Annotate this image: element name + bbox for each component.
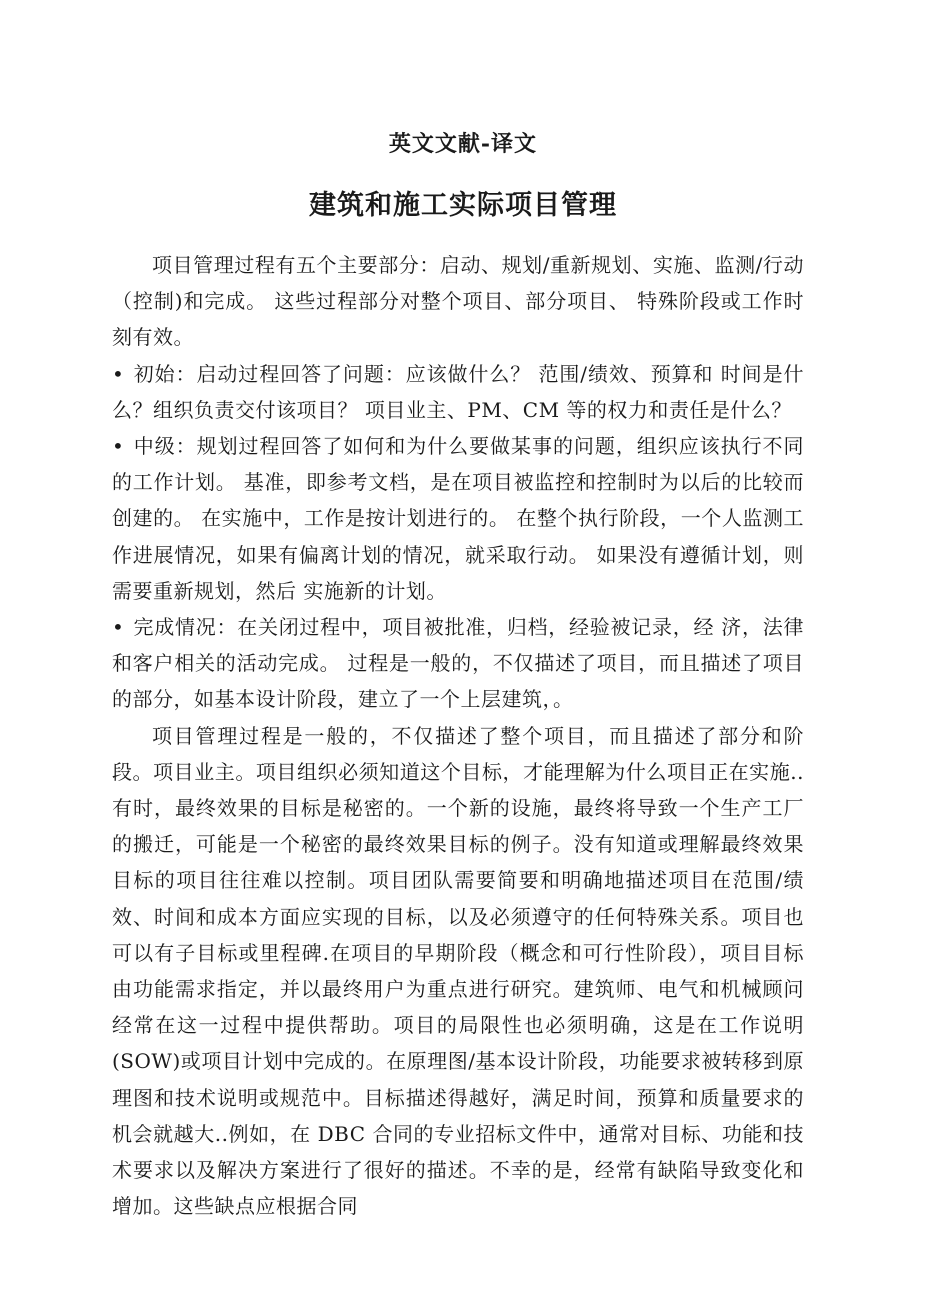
bullet-paragraph: •完成情况：在关闭过程中，项目被批准，归档，经验被记录，经 济，法律和客户相关的… xyxy=(112,609,804,718)
document-body: 项目管理过程有五个主要部分：启动、规划/重新规划、实施、监测/行动（控制)和完成… xyxy=(112,247,804,1224)
bullet-icon: • xyxy=(112,609,124,645)
bullet-paragraph: •初始：启动过程回答了问题：应该做什么？ 范围/绩效、预算和 时间是什么？组织负… xyxy=(112,356,804,428)
body-paragraph: 项目管理过程有五个主要部分：启动、规划/重新规划、实施、监测/行动（控制)和完成… xyxy=(112,247,804,356)
paragraph-text: 中级：规划过程回答了如何和为什么要做某事的问题，组织应该执行不同的工作计划。 基… xyxy=(112,434,804,603)
bullet-paragraph: •中级：规划过程回答了如何和为什么要做某事的问题，组织应该执行不同的工作计划。 … xyxy=(112,428,804,609)
paragraph-text: 项目管理过程是一般的，不仅描述了整个项目，而且描述了部分和阶段。项目业主。项目组… xyxy=(112,724,804,1219)
paragraph-text: 初始：启动过程回答了问题：应该做什么？ 范围/绩效、预算和 时间是什么？组织负责… xyxy=(112,362,804,422)
document-page: 英文文献-译文 建筑和施工实际项目管理 项目管理过程有五个主要部分：启动、规划/… xyxy=(0,0,926,1309)
paragraph-text: 完成情况：在关闭过程中，项目被批准，归档，经验被记录，经 济，法律和客户相关的活… xyxy=(112,615,804,711)
bullet-icon: • xyxy=(112,356,124,392)
document-title: 英文文献-译文 xyxy=(0,0,926,158)
paragraph-text: 项目管理过程有五个主要部分：启动、规划/重新规划、实施、监测/行动（控制)和完成… xyxy=(112,253,804,349)
bullet-icon: • xyxy=(112,428,124,464)
body-paragraph: 项目管理过程是一般的，不仅描述了整个项目，而且描述了部分和阶段。项目业主。项目组… xyxy=(112,718,804,1225)
document-heading: 建筑和施工实际项目管理 xyxy=(0,190,926,222)
